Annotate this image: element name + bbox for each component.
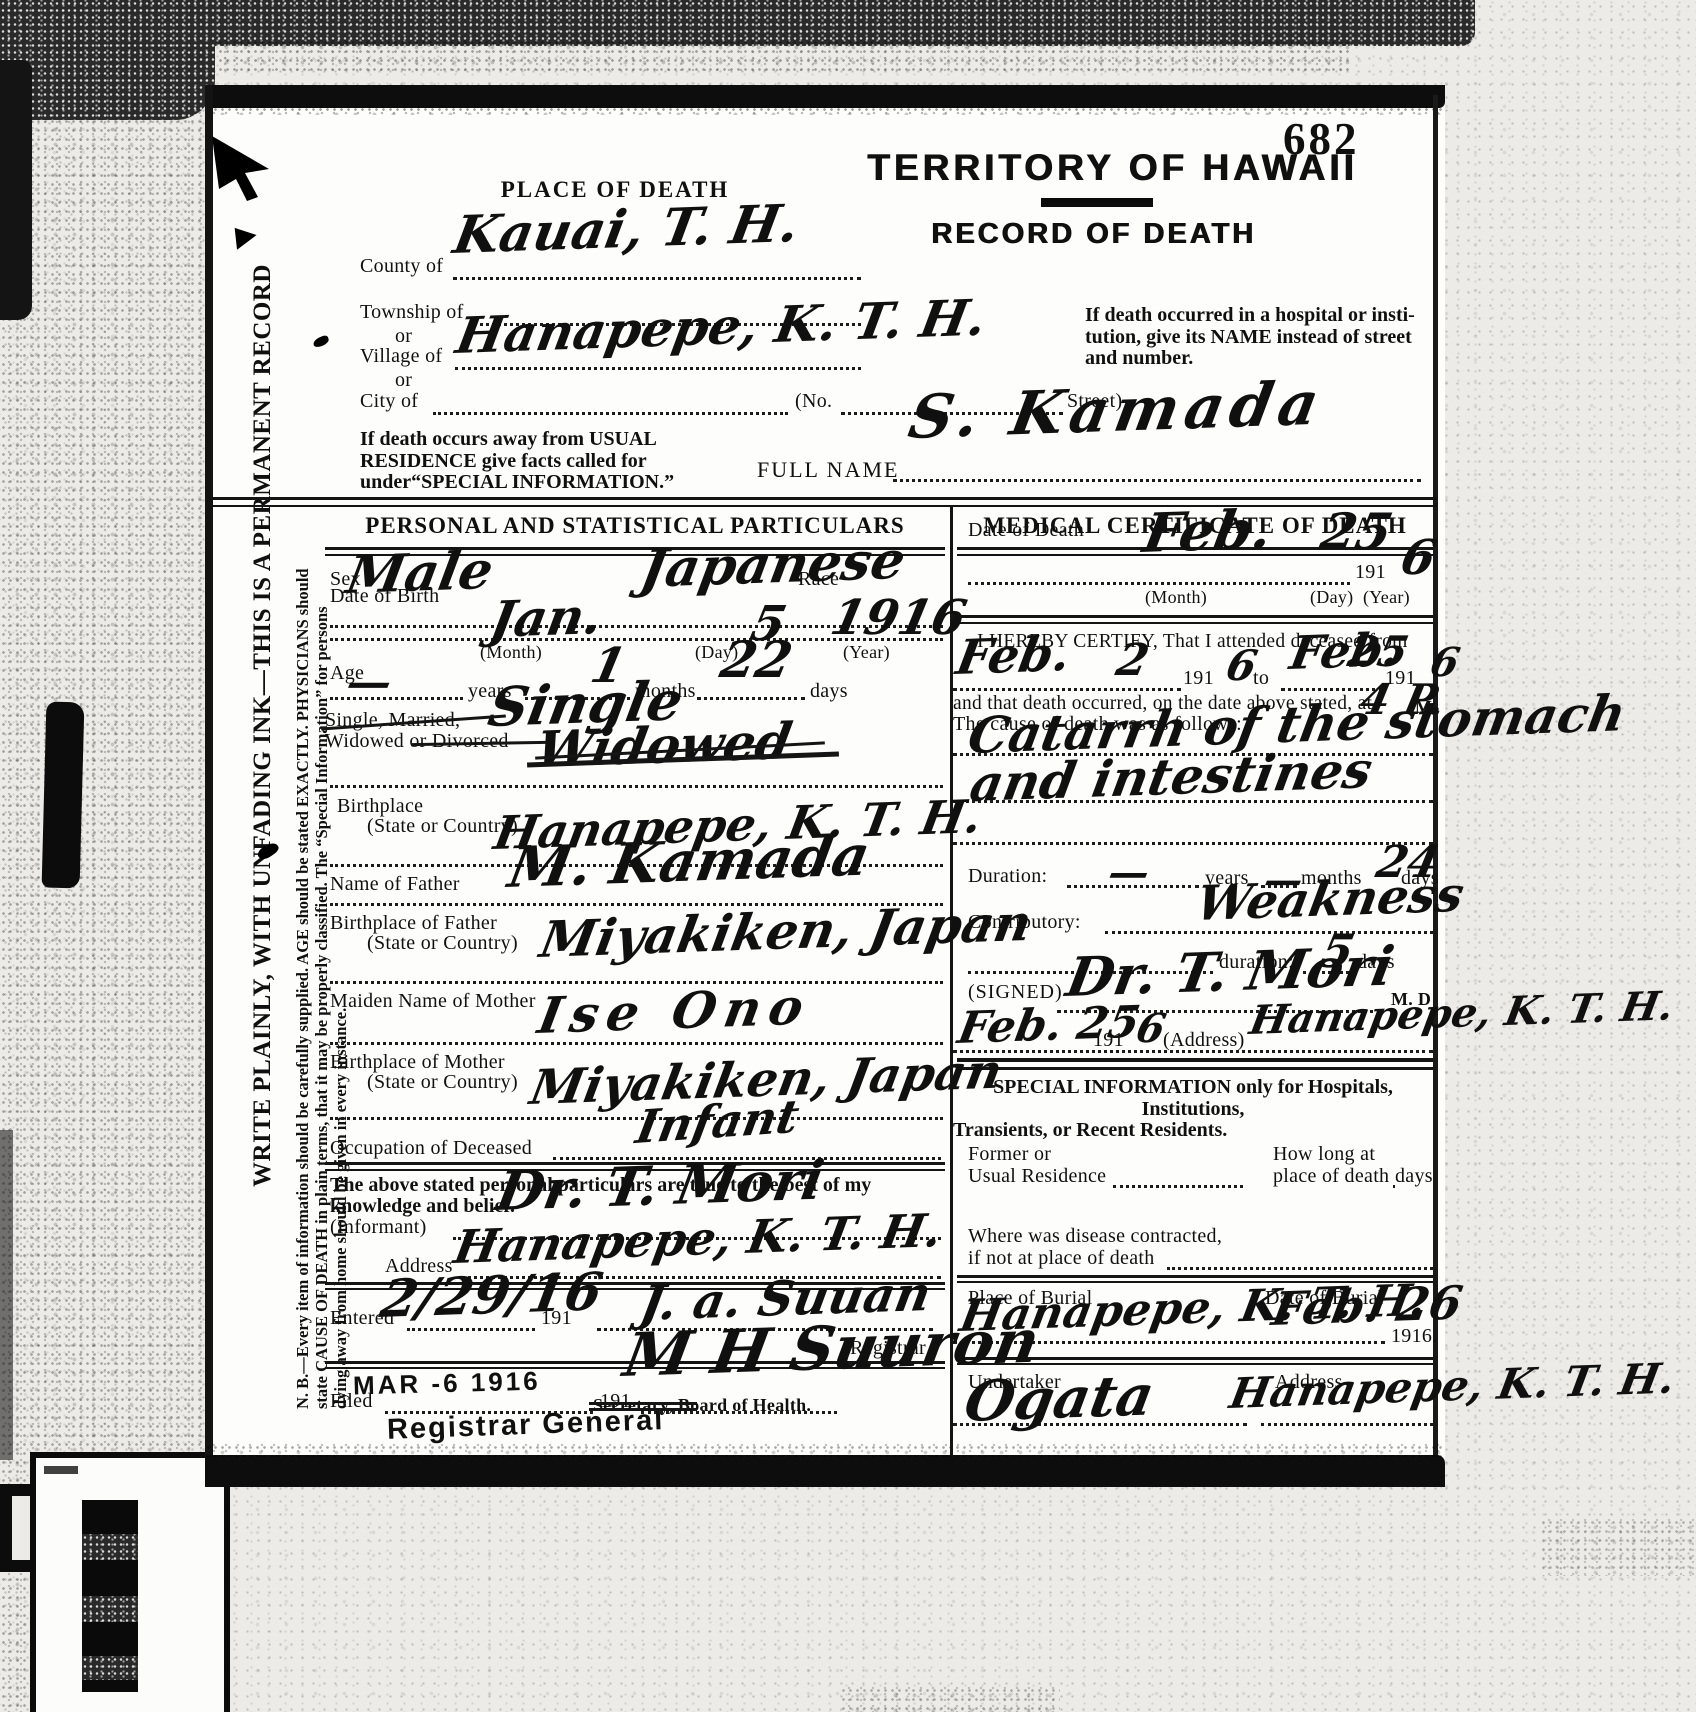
dob-month-value: Jan. (487, 593, 606, 642)
territory-underline (1041, 198, 1153, 207)
signed-value: Dr. T. Mori (1063, 942, 1397, 1002)
undertaker-address-dotline (1261, 1423, 1433, 1426)
certify-from-year-prefix: 191 (1183, 667, 1214, 690)
signed-date-value: Feb. 25 (955, 1003, 1143, 1049)
cause-line2: and intestines (967, 747, 1376, 806)
ink-mark-village (312, 335, 330, 349)
cause-dotline-3 (953, 842, 1433, 845)
death-day-value: 25 (1317, 509, 1396, 554)
hospital-note-line3: and number. (1085, 348, 1430, 370)
age-days-label: days (810, 680, 848, 703)
date-of-death-label: Date of Death (968, 519, 1084, 542)
left-ink-blob (42, 702, 85, 889)
usual-residence-note-line3: under“SPECIAL INFORMATION.” (360, 472, 720, 494)
contributory-value: Weakness (1193, 874, 1467, 926)
former-label-1: Former or (968, 1143, 1051, 1166)
special-info-line1: SPECIAL INFORMATION only for Hospitals, … (953, 1077, 1433, 1120)
father-label: Name of Father (330, 873, 460, 896)
undertaker-value: Ogata (961, 1371, 1158, 1428)
city-label: City of (360, 390, 418, 413)
township-label: Township of (360, 301, 464, 324)
city-dotline (433, 412, 788, 415)
county-label: County of (360, 255, 443, 278)
margin-nb-line1: N. B.—Every item of information should b… (293, 568, 312, 1409)
certificate-sheet: WRITE PLAINLY, WITH UNFADING INK—THIS IS… (205, 85, 1445, 1487)
certify-from-month: Feb. (953, 633, 1074, 680)
or-label-2: or (395, 369, 412, 392)
sheet-right-border (1433, 95, 1438, 1475)
small-arrow-mark (228, 228, 256, 254)
marital-dotline (330, 785, 943, 788)
barcode-stripe-3 (82, 1560, 138, 1596)
special-info-line2: Transients, or Recent Residents. (953, 1120, 1433, 1142)
entered-date-value: 2/29/16 (377, 1269, 606, 1323)
hospital-note-line1: If death occurred in a hospital or insti… (1085, 305, 1430, 327)
special-info-note: SPECIAL INFORMATION only for Hospitals, … (953, 1077, 1433, 1142)
race-value: Japanese (637, 538, 909, 594)
mother-birthplace-soc-label: (State or Country) (367, 1071, 518, 1094)
age-dotline-3 (697, 697, 805, 700)
death-month-value: Feb. (1140, 505, 1276, 558)
barcode-stripe-5 (82, 1622, 138, 1656)
secretary-strike-1 (589, 1402, 697, 1405)
burial-date-value: Feb. 26 (1269, 1282, 1465, 1330)
occupation-value: Infant (633, 1096, 802, 1148)
full-name-value: S. Kamada (905, 377, 1329, 445)
former-label-2: Usual Residence (968, 1165, 1106, 1188)
certify-to-label: to (1253, 667, 1269, 690)
mother-label: Maiden Name of Mother (330, 990, 536, 1013)
secretary-strike-2 (589, 1408, 697, 1411)
sheet-bottom-border (205, 1455, 1445, 1487)
rule (957, 1058, 1433, 1062)
barcode-stripe-1 (82, 1500, 138, 1534)
hospital-note: If death occurred in a hospital or insti… (1085, 305, 1430, 370)
contracted-dotline (1167, 1267, 1433, 1270)
barcode-stripe-7 (82, 1680, 138, 1692)
bottom-left-bracket-notch (12, 1496, 30, 1560)
territory-title: TERRITORY OF HAWAII (867, 147, 1358, 189)
record-title: RECORD OF DEATH (931, 218, 1256, 251)
margin-bold-note: WRITE PLAINLY, WITH UNFADING INK—THIS IS… (249, 264, 277, 1187)
barcode-stripe-4 (82, 1596, 138, 1622)
right-bottom-speckle (1540, 1518, 1696, 1576)
former-dotline (1113, 1185, 1243, 1188)
cursor-arrow-mark (209, 133, 281, 205)
howlong-label-1: How long at (1273, 1143, 1375, 1166)
death-date-dotline (968, 582, 1350, 585)
duration-years-dash: — (1105, 855, 1153, 891)
death-month-label: (Month) (1145, 587, 1207, 608)
mother-dotline (330, 1042, 943, 1045)
usual-residence-note: If death occurs away from USUAL RESIDENC… (360, 429, 720, 494)
full-name-dotline (893, 479, 1421, 482)
father-birthplace-soc-label: (State or Country) (367, 932, 518, 955)
village-value: Hanapepe, K. T. H. (453, 295, 990, 358)
contracted-label-1: Where was disease contracted, (968, 1225, 1222, 1248)
barcode-tick (44, 1466, 78, 1474)
sheet-left-border (205, 85, 213, 1487)
signed-address-label: (Address) (1163, 1029, 1245, 1052)
bottom-center-speckle (840, 1686, 1060, 1712)
howlong-days-label: days (1395, 1165, 1433, 1188)
certify-to-day: 25 (1345, 633, 1411, 671)
barcode-stripe-6 (82, 1656, 138, 1680)
sex-value: Male (343, 548, 496, 600)
sheet-top-border-rag (205, 105, 1445, 115)
mother-birthplace-dotline (330, 1117, 943, 1120)
rule (957, 615, 1433, 618)
full-name-label: FULL NAME (757, 457, 899, 483)
village-label: Village of (360, 345, 442, 368)
age-years-dash: — (343, 663, 395, 703)
death-day-label: (Day) (1310, 587, 1353, 608)
barcode-stripe-2 (82, 1534, 138, 1560)
mother-value: Ise Ono (535, 984, 815, 1038)
scanned-death-certificate-page: WRITE PLAINLY, WITH UNFADING INK—THIS IS… (0, 0, 1696, 1712)
occupation-label: Occupation of Deceased (330, 1137, 532, 1160)
county-dotline (453, 277, 861, 280)
usual-residence-note-line1: If death occurs away from USUAL (360, 429, 720, 451)
usual-residence-note-line2: RESIDENCE give facts called for (360, 451, 720, 473)
informant-value: Dr. T. Mori (493, 1156, 827, 1216)
hospital-note-line2: tution, give its NAME instead of street (1085, 327, 1430, 349)
death-year-label: (Year) (1363, 587, 1410, 608)
dob-year-value: 1916 (827, 597, 970, 640)
entered-dotline-1 (407, 1328, 535, 1331)
left-edge-strip (0, 1130, 13, 1460)
top-left-corner-blotch (0, 0, 215, 120)
barcode-box (30, 1452, 230, 1712)
county-value: Kauai, T. H. (450, 201, 802, 260)
informant-address-value: Hanapepe, K. T. H. (451, 1210, 945, 1268)
rule (957, 1067, 1433, 1070)
certify-dotline-1 (953, 688, 1181, 691)
duration-label: Duration: (968, 865, 1047, 888)
village-dotline (455, 367, 861, 370)
age-days-value: 22 (717, 637, 796, 682)
city-no-label: (No. (795, 390, 832, 413)
contracted-label-2: if not at place of death (968, 1247, 1155, 1270)
informant-label: (Informant) (330, 1216, 427, 1239)
father-birthplace-value: Miyakiken, Japan (537, 900, 1035, 962)
death-year-prefix: 191 (1355, 561, 1386, 584)
filed-date-stamp: MAR -6 1916 (353, 1366, 541, 1402)
left-edge-bar (0, 60, 32, 320)
howlong-label-2: place of death (1273, 1165, 1389, 1188)
father-value: M. Kamada (505, 831, 873, 894)
